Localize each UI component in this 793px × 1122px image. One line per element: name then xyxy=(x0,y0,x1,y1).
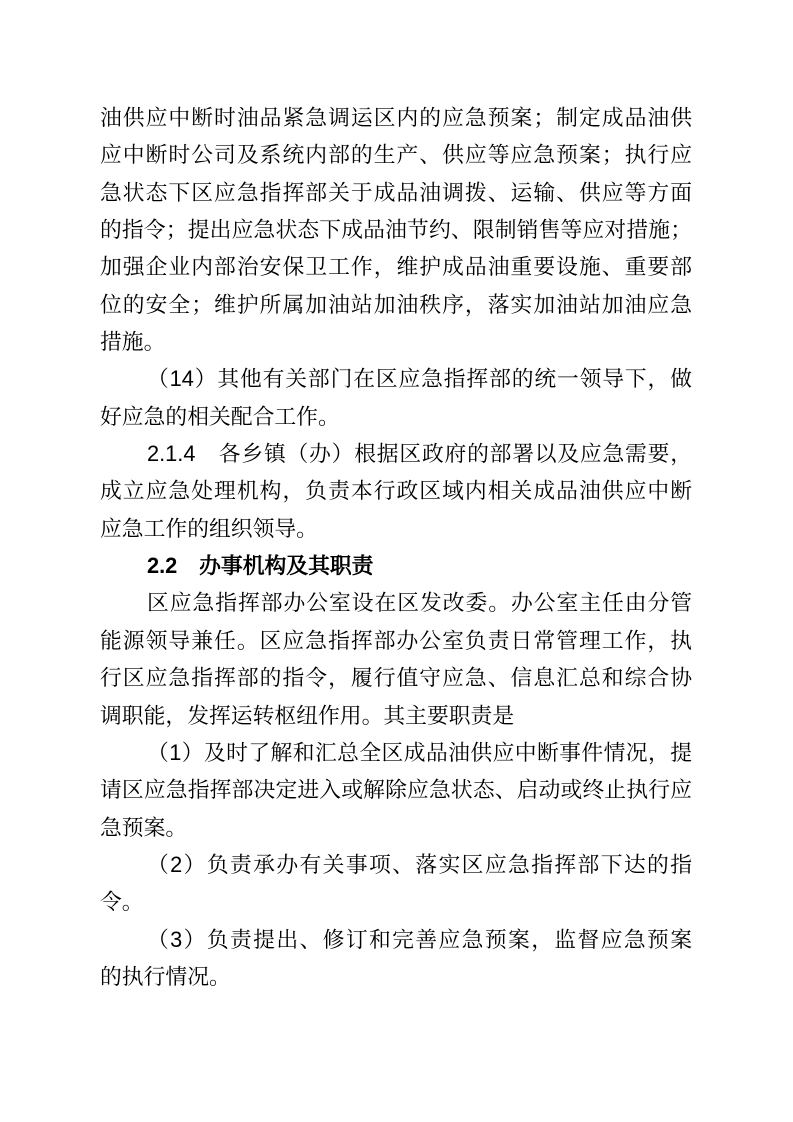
paragraph: 区应急指挥部办公室设在区发改委。办公室主任由分管能源领导兼任。区应急指挥部办公室… xyxy=(100,584,692,733)
text-line: 调职能，发挥运转枢纽作用。其主要职责是 xyxy=(100,697,692,734)
text-line: （14）其他有关部门在区应急指挥部的统一领导下，做 xyxy=(100,360,692,397)
text-line: 的执行情况。 xyxy=(100,958,692,995)
text-line: 请区应急指挥部决定进入或解除应急状态、启动或终止执行应 xyxy=(100,771,692,808)
section-heading: 2.2 办事机构及其职责 xyxy=(100,547,692,584)
text-line: （2）负责承办有关事项、落实区应急指挥部下达的指 xyxy=(100,846,692,883)
text-line: 措施。 xyxy=(100,323,692,360)
text-line: 位的安全；维护所属加油站加油秩序，落实加油站加油应急 xyxy=(100,286,692,323)
text-line: 行区应急指挥部的指令，履行值守应急、信息汇总和综合协 xyxy=(100,659,692,696)
text-line: 的指令；提出应急状态下成品油节约、限制销售等应对措施； xyxy=(100,211,692,248)
text-line: （3）负责提出、修订和完善应急预案，监督应急预案 xyxy=(100,921,692,958)
paragraph: （14）其他有关部门在区应急指挥部的统一领导下，做好应急的相关配合工作。 xyxy=(100,360,692,435)
paragraph: 2.1.4 各乡镇（办）根据区政府的部署以及应急需要，成立应急处理机构，负责本行… xyxy=(100,435,692,547)
text-line: 应急工作的组织领导。 xyxy=(100,510,692,547)
text-line: 应中断时公司及系统内部的生产、供应等应急预案；执行应 xyxy=(100,136,692,173)
text-line: （1）及时了解和汇总全区成品油供应中断事件情况，提 xyxy=(100,734,692,771)
text-line: 2.2 办事机构及其职责 xyxy=(100,547,692,584)
paragraph: （2）负责承办有关事项、落实区应急指挥部下达的指令。 xyxy=(100,846,692,921)
paragraph: 油供应中断时油品紧急调运区内的应急预案；制定成品油供应中断时公司及系统内部的生产… xyxy=(100,99,692,360)
text-line: 区应急指挥部办公室设在区发改委。办公室主任由分管 xyxy=(100,584,692,621)
text-line: 加强企业内部治安保卫工作，维护成品油重要设施、重要部 xyxy=(100,248,692,285)
text-line: 急状态下区应急指挥部关于成品油调拨、运输、供应等方面 xyxy=(100,174,692,211)
text-line: 成立应急处理机构，负责本行政区域内相关成品油供应中断 xyxy=(100,472,692,509)
paragraph: （3）负责提出、修订和完善应急预案，监督应急预案的执行情况。 xyxy=(100,921,692,996)
page-text-body: 油供应中断时油品紧急调运区内的应急预案；制定成品油供应中断时公司及系统内部的生产… xyxy=(100,99,692,995)
text-line: 好应急的相关配合工作。 xyxy=(100,398,692,435)
document-page: 油供应中断时油品紧急调运区内的应急预案；制定成品油供应中断时公司及系统内部的生产… xyxy=(0,0,793,1122)
text-line: 油供应中断时油品紧急调运区内的应急预案；制定成品油供 xyxy=(100,99,692,136)
text-line: 2.1.4 各乡镇（办）根据区政府的部署以及应急需要， xyxy=(100,435,692,472)
text-line: 能源领导兼任。区应急指挥部办公室负责日常管理工作，执 xyxy=(100,622,692,659)
text-line: 急预案。 xyxy=(100,809,692,846)
text-line: 令。 xyxy=(100,883,692,920)
paragraph: （1）及时了解和汇总全区成品油供应中断事件情况，提请区应急指挥部决定进入或解除应… xyxy=(100,734,692,846)
